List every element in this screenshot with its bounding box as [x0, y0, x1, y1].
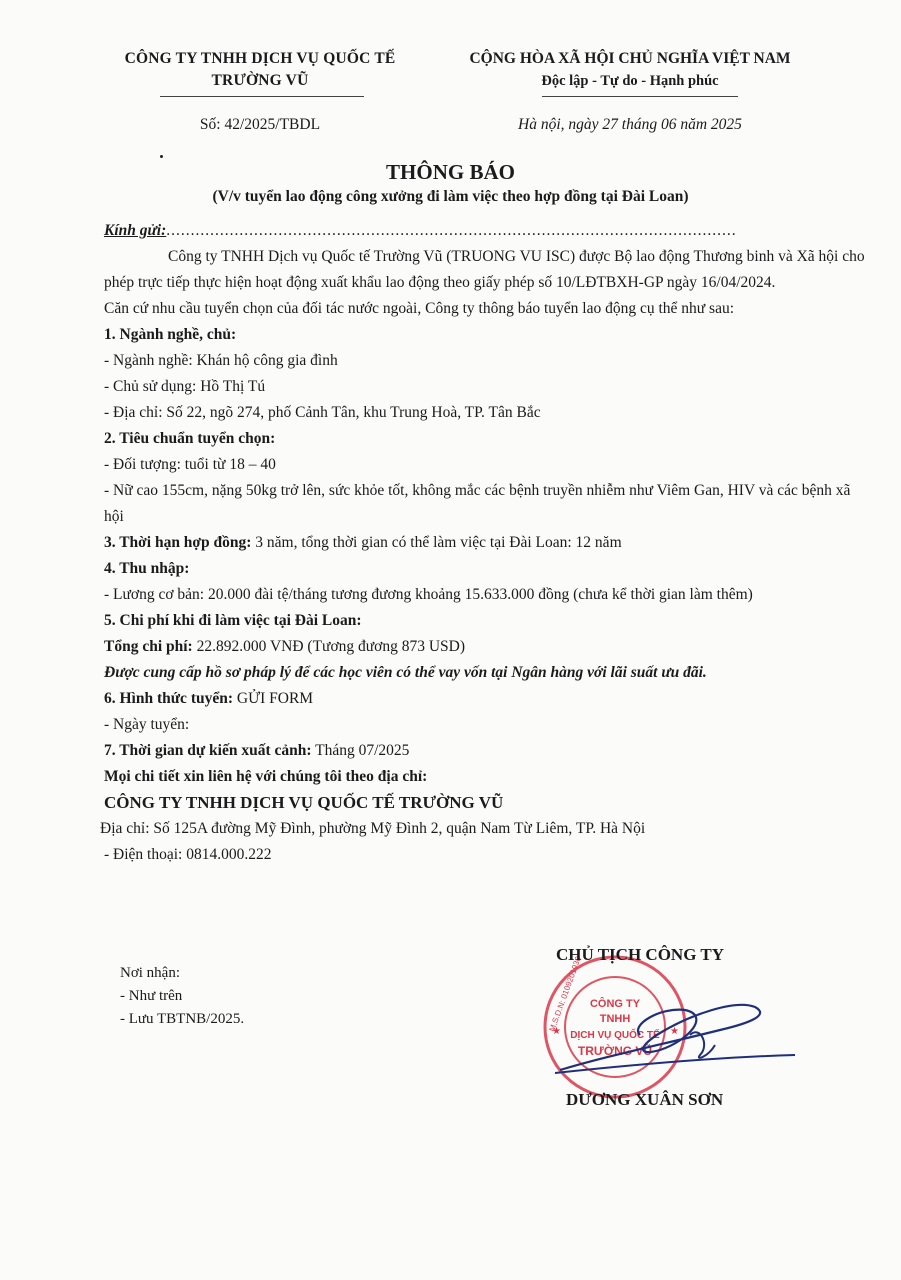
section-1-item: - Ngành nghề: Khán hộ công gia đình [104, 348, 874, 374]
section-4-item: - Lương cơ bản: 20.000 đài tệ/tháng tươn… [104, 582, 874, 608]
issuer-company-line1: CÔNG TY TNHH DỊCH VỤ QUỐC TẾ [100, 48, 420, 70]
recipient-item: - Như trên [120, 985, 244, 1008]
salutation-dots: ........................................… [166, 222, 736, 239]
loan-note: Được cung cấp hồ sơ pháp lý để các học v… [104, 660, 874, 686]
section-6-heading: 6. Hình thức tuyển: [104, 690, 233, 707]
section-3-heading: 3. Thời hạn hợp đồng: [104, 534, 251, 551]
signer-name: DƯƠNG XUÂN SƠN [566, 1090, 723, 1110]
section-4-heading: 4. Thu nhập: [104, 556, 874, 582]
section-7: 7. Thời gian dự kiến xuất cảnh: Tháng 07… [104, 738, 874, 764]
signature-icon [540, 985, 810, 1095]
issuer-company-line2: TRƯỜNG VŨ [100, 70, 420, 92]
national-motto: Độc lập - Tự do - Hạnh phúc [455, 70, 805, 92]
document-number: Số: 42/2025/TBDL [100, 116, 420, 134]
section-5-heading: 5. Chi phí khi đi làm việc tại Đài Loan: [104, 608, 874, 634]
place-date: Hà nội, ngày 27 tháng 06 năm 2025 [455, 116, 805, 134]
basis-paragraph: Căn cứ nhu cầu tuyển chọn của đối tác nư… [104, 296, 874, 322]
motto-underline [542, 96, 738, 97]
intro-paragraph: Công ty TNHH Dịch vụ Quốc tế Trường Vũ (… [104, 244, 874, 296]
salutation: Kính gửi:...............................… [104, 218, 874, 244]
section-1-item: - Chủ sử dụng: Hồ Thị Tú [104, 374, 874, 400]
section-2-item: - Nữ cao 155cm, nặng 50kg trở lên, sức k… [104, 478, 874, 530]
section-3: 3. Thời hạn hợp đồng: 3 năm, tổng thời g… [104, 530, 874, 556]
contact-address: Địa chỉ: Số 125A đường Mỹ Đình, phường M… [100, 816, 874, 842]
issuer-underline [160, 96, 364, 97]
national-title: CỘNG HÒA XÃ HỘI CHỦ NGHĨA VIỆT NAM [455, 48, 805, 70]
signer-title: CHỦ TỊCH CÔNG TY [556, 945, 724, 965]
scan-dot [160, 155, 163, 158]
total-cost-value: 22.892.000 VNĐ (Tương đương 873 USD) [193, 638, 465, 655]
issuer-header: CÔNG TY TNHH DỊCH VỤ QUỐC TẾ TRƯỜNG VŨ [100, 48, 420, 92]
document-subtitle: (V/v tuyển lao động công xưởng đi làm vi… [0, 188, 901, 206]
section-6-item: - Ngày tuyển: [104, 712, 874, 738]
document-title: THÔNG BÁO [0, 160, 901, 185]
section-7-heading: 7. Thời gian dự kiến xuất cảnh: [104, 742, 312, 759]
section-3-value: 3 năm, tổng thời gian có thể làm việc tạ… [251, 534, 621, 551]
section-2-item: - Đối tượng: tuổi từ 18 – 40 [104, 452, 874, 478]
section-6: 6. Hình thức tuyển: GỬI FORM [104, 686, 874, 712]
document-body: Kính gửi:...............................… [104, 218, 874, 868]
recipients-label: Nơi nhận: [120, 962, 244, 985]
salutation-label: Kính gửi: [104, 222, 166, 239]
section-5-total: Tổng chi phí: 22.892.000 VNĐ (Tương đươn… [104, 634, 874, 660]
section-2-heading: 2. Tiêu chuẩn tuyển chọn: [104, 426, 874, 452]
section-6-value: GỬI FORM [233, 690, 313, 707]
section-7-value: Tháng 07/2025 [312, 742, 410, 759]
total-cost-label: Tổng chi phí: [104, 638, 193, 655]
contact-lead: Mọi chi tiết xin liên hệ với chúng tôi t… [104, 764, 874, 790]
recipients-block: Nơi nhận: - Như trên - Lưu TBTNB/2025. [120, 962, 244, 1031]
contact-company: CÔNG TY TNHH DỊCH VỤ QUỐC TẾ TRƯỜNG VŨ [104, 790, 874, 816]
contact-phone: - Điện thoại: 0814.000.222 [104, 842, 874, 868]
section-1-item: - Địa chỉ: Số 22, ngõ 274, phố Cảnh Tân,… [104, 400, 874, 426]
national-header: CỘNG HÒA XÃ HỘI CHỦ NGHĨA VIỆT NAM Độc l… [455, 48, 805, 92]
section-1-heading: 1. Ngành nghề, chủ: [104, 322, 874, 348]
recipient-item: - Lưu TBTNB/2025. [120, 1008, 244, 1031]
